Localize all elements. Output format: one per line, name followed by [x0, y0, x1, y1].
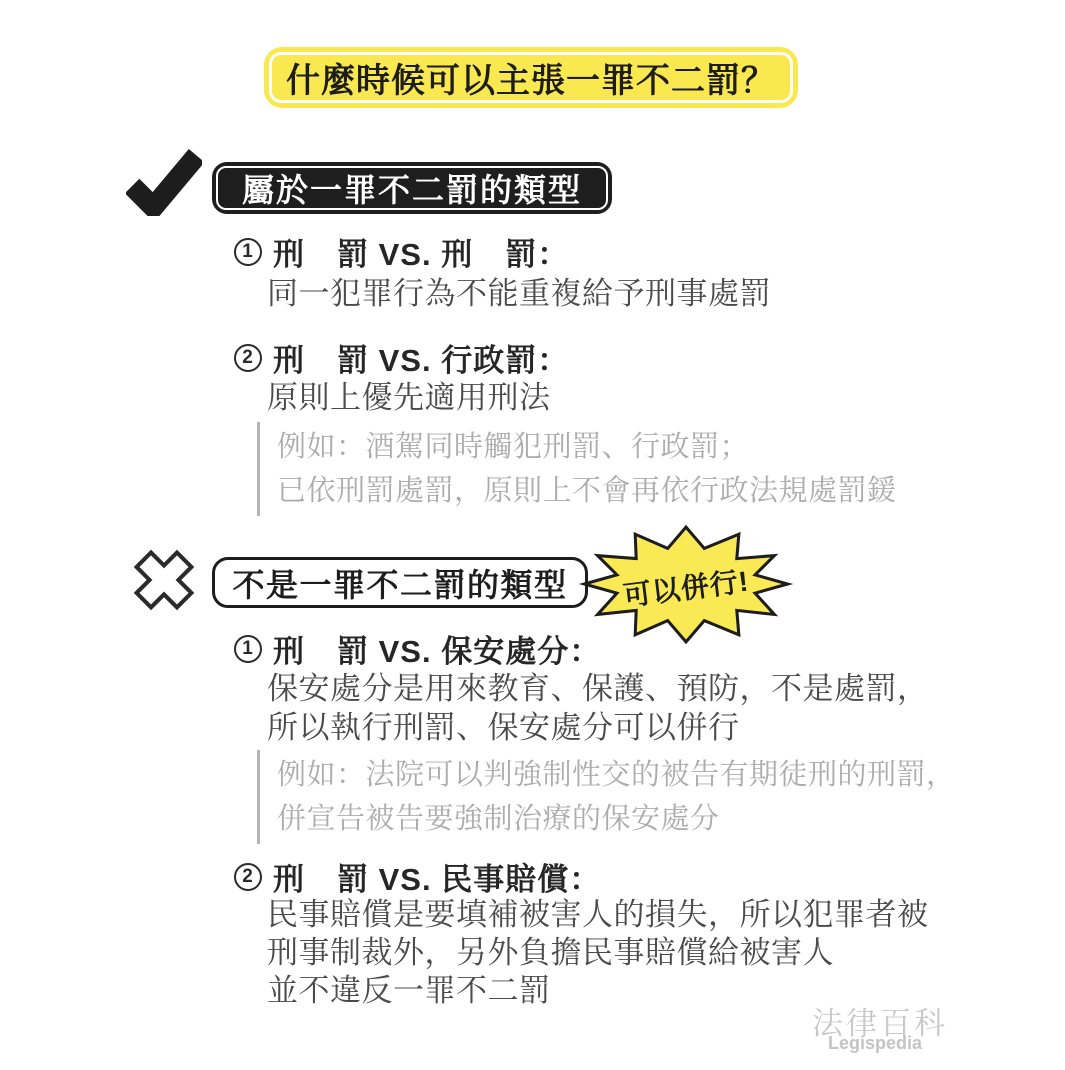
cross-icon — [130, 546, 198, 616]
circled-number-1: 1 — [234, 238, 262, 266]
yes-item-2-example: 例如：酒駕同時觸犯刑罰、行政罰； 已依刑罰處罰，原則上不會再依行政法規處罰鍰 — [257, 422, 897, 516]
circled-number-1: 1 — [234, 635, 262, 663]
check-icon — [126, 148, 202, 220]
no-item-1-body-line-2: 所以執行刑罰、保安處分可以併行 — [267, 708, 929, 747]
section-badge-double-jeopardy-types: 屬於一罪不二罰的類型 — [212, 162, 612, 214]
section-badge-yes-label: 屬於一罪不二罰的類型 — [242, 165, 582, 211]
no-item-2-body-line-1: 民事賠償是要填補被害人的損失，所以犯罪者被 — [267, 896, 929, 934]
brand-logo-english: Legispedia — [828, 1033, 922, 1054]
yes-item-1-heading-text: 刑 罰 VS. 刑 罰： — [273, 229, 569, 274]
no-item-2-body-line-2: 刑事制裁外，另外負擔民事賠償給被害人 — [267, 934, 929, 972]
yes-item-2-example-line-2: 已依刑罰處罰，原則上不會再依行政法規處罰鍰 — [277, 469, 897, 513]
circled-number-2: 2 — [234, 344, 262, 372]
no-item-1-example: 例如：法院可以判強制性交的被告有期徒刑的刑罰， 併宣告被告要強制治療的保安處分 — [257, 750, 956, 844]
no-item-1-heading: 1 刑 罰 VS. 保安處分： — [234, 626, 601, 671]
yes-item-1-body: 同一犯罪行為不能重複給予刑事處罰 — [267, 274, 771, 313]
section-badge-no-label: 不是一罪不二罰的類型 — [232, 560, 567, 606]
yes-item-1-body-line-1: 同一犯罪行為不能重複給予刑事處罰 — [267, 274, 771, 313]
yes-item-2-body: 原則上優先適用刑法 — [267, 378, 551, 417]
no-item-1-heading-text: 刑 罰 VS. 保安處分： — [273, 626, 601, 671]
no-item-1-example-line-1: 例如：法院可以判強制性交的被告有期徒刑的刑罰， — [277, 753, 956, 797]
page-title-badge: 什麼時候可以主張一罪不二罰？ — [264, 47, 798, 108]
page-title: 什麼時候可以主張一罪不二罰？ — [286, 53, 776, 102]
circled-number-2: 2 — [234, 863, 262, 891]
no-item-1-body-line-1: 保安處分是用來教育、保護、預防，不是處罰， — [267, 669, 929, 708]
callout-starburst: 可以併行! — [575, 521, 797, 647]
section-badge-not-double-jeopardy-types: 不是一罪不二罰的類型 — [212, 557, 588, 608]
yes-item-2-example-line-1: 例如：酒駕同時觸犯刑罰、行政罰； — [277, 425, 897, 469]
no-item-1-body: 保安處分是用來教育、保護、預防，不是處罰， 所以執行刑罰、保安處分可以併行 — [267, 669, 929, 747]
yes-item-2-heading: 2 刑 罰 VS. 行政罰： — [234, 335, 569, 380]
yes-item-1-heading: 1 刑 罰 VS. 刑 罰： — [234, 229, 569, 274]
no-item-1-example-line-2: 併宣告被告要強制治療的保安處分 — [277, 797, 956, 841]
no-item-2-heading-text: 刑 罰 VS. 民事賠償： — [273, 854, 601, 899]
no-item-2-body: 民事賠償是要填補被害人的損失，所以犯罪者被 刑事制裁外，另外負擔民事賠償給被害人… — [267, 896, 929, 1010]
no-item-2-heading: 2 刑 罰 VS. 民事賠償： — [234, 854, 601, 899]
infographic-canvas: 什麼時候可以主張一罪不二罰？ 屬於一罪不二罰的類型 1 刑 罰 VS. 刑 罰：… — [0, 0, 1065, 1070]
yes-item-2-heading-text: 刑 罰 VS. 行政罰： — [273, 335, 569, 380]
yes-item-2-body-line-1: 原則上優先適用刑法 — [267, 378, 551, 417]
